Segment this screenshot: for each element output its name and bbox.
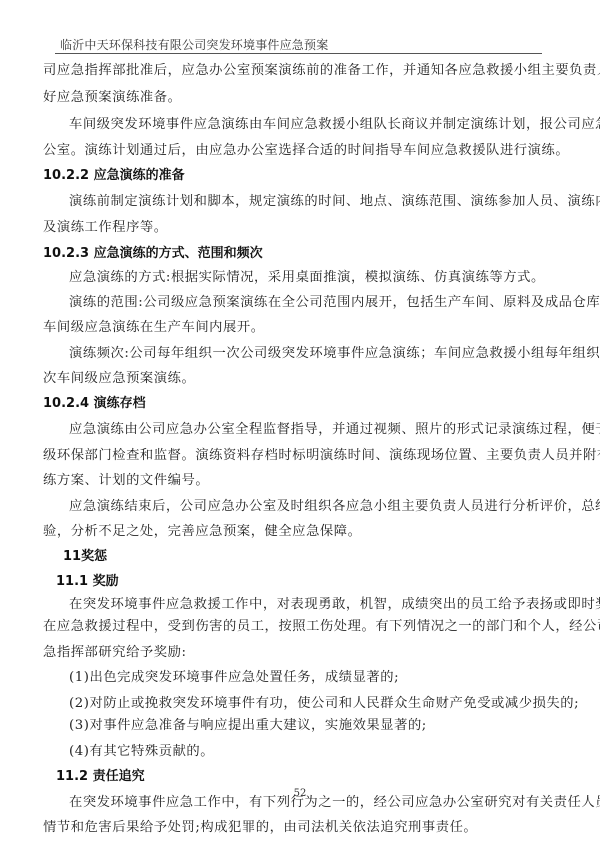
body-text-line: 级环保部门检查和监督。演练资料存档时标明演练时间、演练现场位置、主要负责人员并附… bbox=[43, 444, 600, 463]
body-text-line: 公室。演练计划通过后，由应急办公室选择合适的时间指导车间应急救援队进行演练。 bbox=[43, 139, 569, 158]
body-text-line: 演练的范围:公司级应急预案演练在全公司范围内展开，包括生产车间、原料及成品仓库等… bbox=[69, 291, 600, 310]
body-text-line: 车间级应急演练在生产车间内展开。 bbox=[43, 316, 265, 335]
header-divider bbox=[55, 53, 542, 54]
body-text-line: (3)对事件应急准备与响应提出重大建议，实施效果显著的; bbox=[69, 714, 427, 733]
body-text-line: 应急演练由公司应急办公室全程监督指导，并通过视频、照片的形式记录演练过程，便于上 bbox=[69, 418, 600, 437]
body-text-line: 应急演练的方式:根据实际情况，采用桌面推演，模拟演练、仿真演练等方式。 bbox=[69, 266, 545, 285]
body-text-line: 验，分析不足之处，完善应急预案，健全应急保障。 bbox=[43, 520, 361, 539]
body-text-line: 车间级突发环境事件应急演练由车间应急救援小组队长商议并制定演练计划，报公司应急办 bbox=[69, 113, 600, 132]
page-number: 52 bbox=[0, 788, 600, 799]
body-text-line: 在应急救援过程中，受到伤害的员工，按照工伤处理。有下列情况之一的部门和个人，经公… bbox=[43, 615, 600, 634]
body-text-line: 急指挥部研究给予奖励: bbox=[43, 641, 187, 660]
body-text-line: 情节和危害后果给予处罚;构成犯罪的，由司法机关依法追究刑事责任。 bbox=[43, 816, 477, 835]
body-text-line: 演练前制定演练计划和脚本，规定演练的时间、地点、演练范围、演练参加人员、演练内容 bbox=[69, 190, 600, 209]
body-text-line: 好应急预案演练准备。 bbox=[43, 86, 181, 105]
document-header: 临沂中天环保科技有限公司突发环境事件应急预案 bbox=[60, 36, 328, 53]
section-heading: 11奖惩 bbox=[63, 545, 107, 564]
body-text-line: 及演练工作程序等。 bbox=[43, 216, 168, 235]
body-text-line: (2)对防止或挽救突发环境事件有功，使公司和人民群众生命财产免受或减少损失的; bbox=[69, 692, 579, 711]
body-text-line: (4)有其它特殊贡献的。 bbox=[69, 740, 214, 759]
body-text-line: 应急演练结束后，公司应急办公室及时组织各应急小组主要负责人员进行分析评价，总结经 bbox=[69, 495, 600, 514]
section-heading: 10.2.4 演练存档 bbox=[43, 392, 146, 411]
section-heading: 10.2.2 应急演练的准备 bbox=[43, 164, 185, 183]
body-text-line: 司应急指挥部批准后，应急办公室预案演练前的准备工作，并通知各应急救援小组主要负责… bbox=[43, 59, 600, 78]
body-text-line: 练方案、计划的文件编号。 bbox=[43, 469, 209, 488]
section-heading: 10.2.3 应急演练的方式、范围和频次 bbox=[43, 242, 263, 261]
section-heading: 11.2 责任追究 bbox=[56, 765, 145, 784]
body-text-line: 演练频次:公司每年组织一次公司级突发环境事件应急演练；车间应急救援小组每年组织一 bbox=[69, 342, 600, 361]
body-text-line: (1)出色完成突发环境事件应急处置任务，成绩显著的; bbox=[69, 666, 399, 685]
section-heading: 11.1 奖励 bbox=[56, 570, 119, 589]
body-text-line: 在突发环境事件应急救援工作中，对表现勇敢，机智，成绩突出的员工给予表扬或即时奖励… bbox=[69, 593, 600, 612]
body-text-line: 次车间级应急预案演练。 bbox=[43, 367, 195, 386]
